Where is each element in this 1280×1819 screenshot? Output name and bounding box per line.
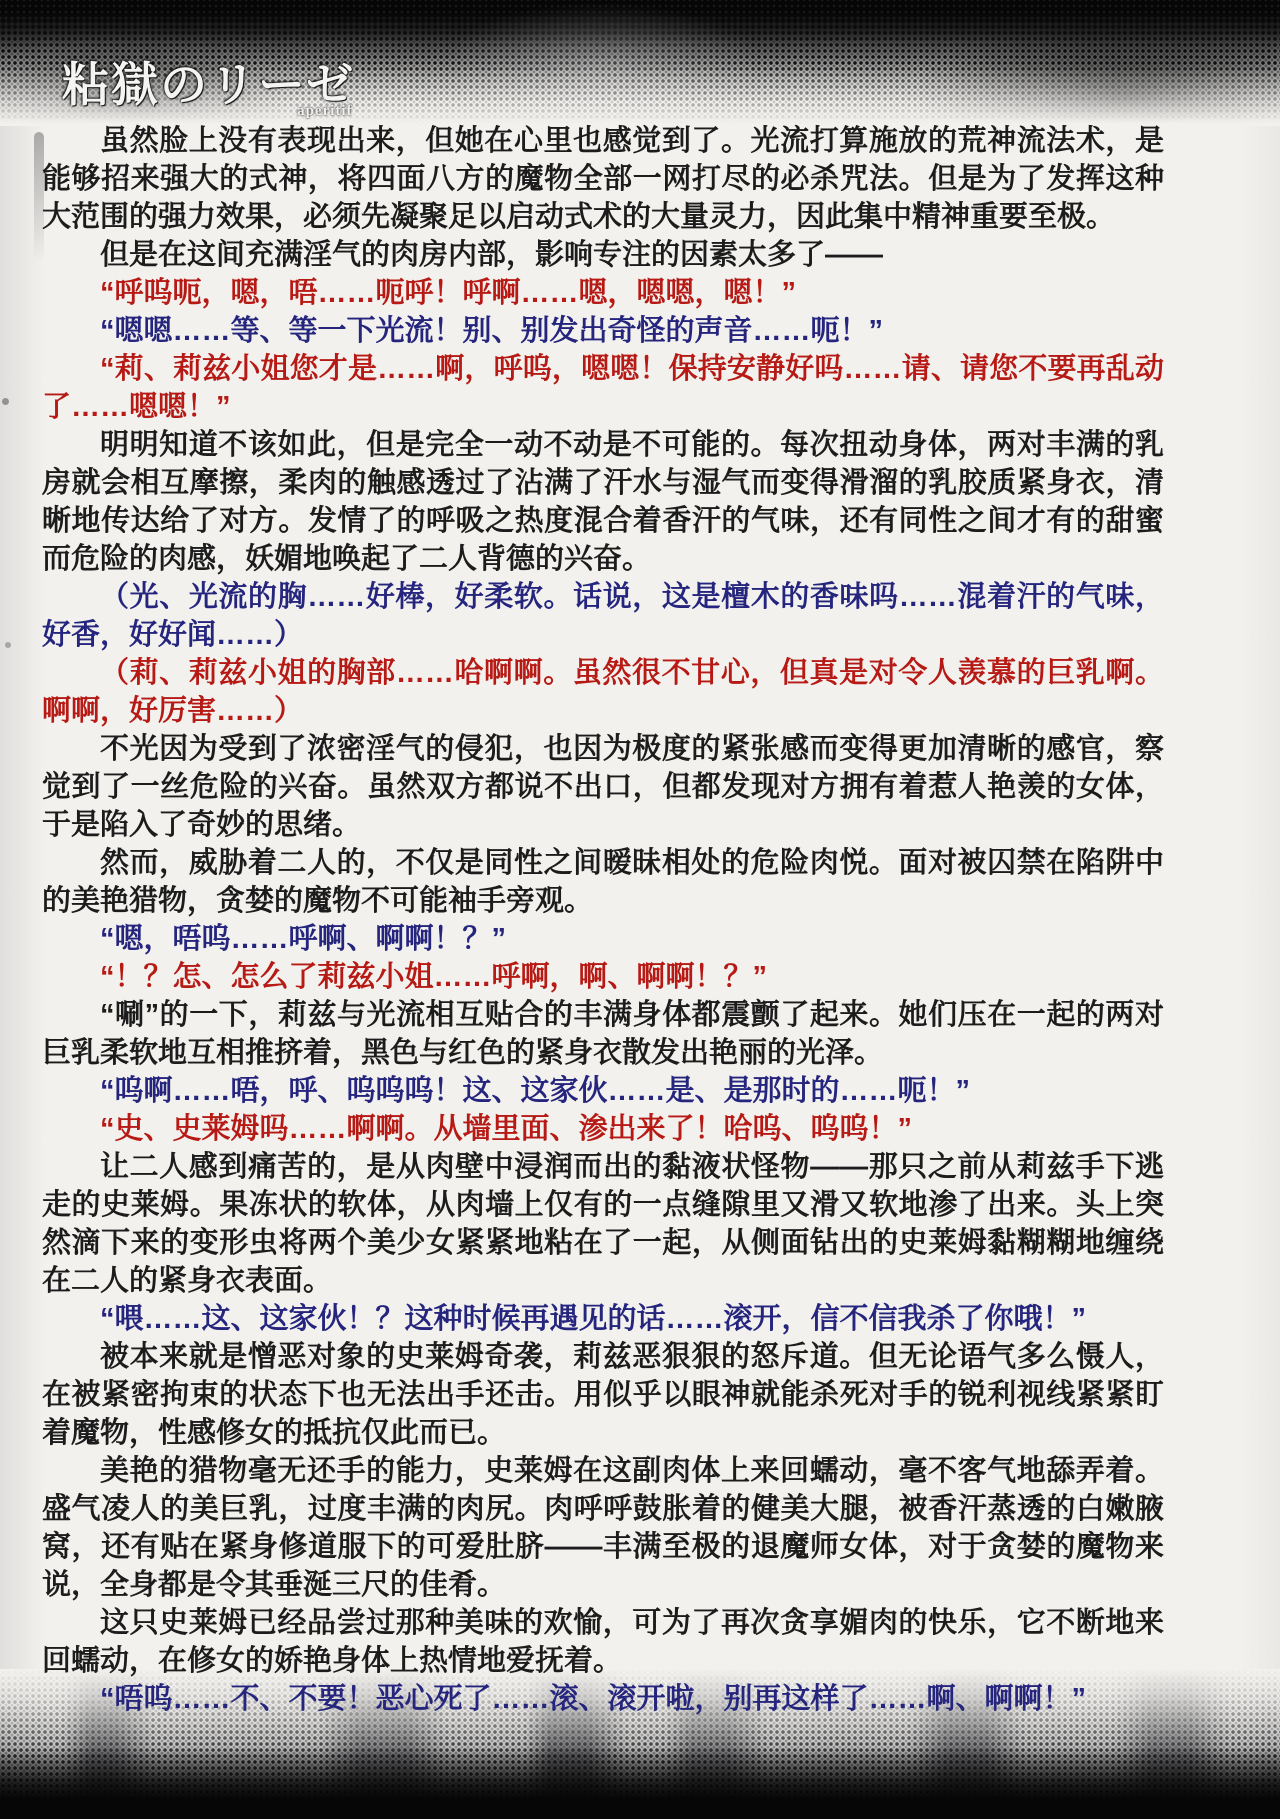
paragraph: 美艳的猎物毫无还手的能力，史莱姆在这副肉体上来回蠕动，毫不客气地舔弄着。盛气凌人… xyxy=(42,1452,1164,1604)
paragraph: “嗯，唔呜……呼啊、啊啊！？” xyxy=(42,920,1164,958)
novel-text: 虽然脸上没有表现出来，但她在心里也感觉到了。光流打算施放的荒神流法术，是能够招来… xyxy=(0,0,1280,1718)
paragraph: “嗯嗯……等、等一下光流！别、别发出奇怪的声音……呃！” xyxy=(42,312,1164,350)
paragraph: （光、光流的胸……好棒，好柔软。话说，这是檀木的香味吗……混着汗的气味，好香，好… xyxy=(42,578,1164,654)
paragraph: “唰”的一下，莉兹与光流相互贴合的丰满身体都震颤了起来。她们压在一起的两对巨乳柔… xyxy=(42,996,1164,1072)
paragraph: “呜啊……唔，呼、呜呜呜！这、这家伙……是、是那时的……呃！” xyxy=(42,1072,1164,1110)
paragraph: 不光因为受到了浓密淫气的侵犯，也因为极度的紧张感而变得更加清晰的感官，察觉到了一… xyxy=(42,730,1164,844)
paragraph: 但是在这间充满淫气的肉房内部，影响专注的因素太多了—— xyxy=(42,236,1164,274)
chapter-title: 粘獄のリーゼaperitif xyxy=(62,48,353,115)
paragraph: “唔呜……不、不要！恶心死了……滚、滚开啦，别再这样了……啊、啊啊！” xyxy=(42,1680,1164,1718)
paragraph: “！？怎、怎么了莉兹小姐……呼啊，啊、啊啊！？” xyxy=(42,958,1164,996)
paragraph: 让二人感到痛苦的，是从肉壁中浸润而出的黏液状怪物——那只之前从莉兹手下逃走的史莱… xyxy=(42,1148,1164,1300)
paragraph: （莉、莉兹小姐的胸部……哈啊啊。虽然很不甘心，但真是对令人羡慕的巨乳啊。啊啊，好… xyxy=(42,654,1164,730)
paragraph: “莉、莉兹小姐您才是……啊，呼呜，嗯嗯！保持安静好吗……请、请您不要再乱动了……… xyxy=(42,350,1164,426)
paragraph: “呼呜呃，嗯，唔……呃呼！呼啊……嗯，嗯嗯，嗯！” xyxy=(42,274,1164,312)
paragraph: “史、史莱姆吗……啊啊。从墙里面、渗出来了！哈呜、呜呜！” xyxy=(42,1110,1164,1148)
paragraph: 然而，威胁着二人的，不仅是同性之间暧昧相处的危险肉悦。面对被囚禁在陷阱中的美艳猎… xyxy=(42,844,1164,920)
paragraph: 明明知道不该如此，但是完全一动不动是不可能的。每次扭动身体，两对丰满的乳房就会相… xyxy=(42,426,1164,578)
paragraph: “喂……这、这家伙！？这种时候再遇见的话……滚开，信不信我杀了你哦！” xyxy=(42,1300,1164,1338)
paragraph: 被本来就是憎恶对象的史莱姆奇袭，莉兹恶狠狠的怒斥道。但无论语气多么慑人，在被紧密… xyxy=(42,1338,1164,1452)
novel-page: 粘獄のリーゼaperitif 虽然脸上没有表现出来，但她在心里也感觉到了。光流打… xyxy=(0,0,1280,1819)
paragraph: 这只史莱姆已经品尝过那种美味的欢愉，可为了再次贪享媚肉的快乐，它不断地来回蠕动，… xyxy=(42,1604,1164,1680)
paragraph: 虽然脸上没有表现出来，但她在心里也感觉到了。光流打算施放的荒神流法术，是能够招来… xyxy=(42,122,1164,236)
chapter-subtitle-text: aperitif xyxy=(297,103,352,119)
